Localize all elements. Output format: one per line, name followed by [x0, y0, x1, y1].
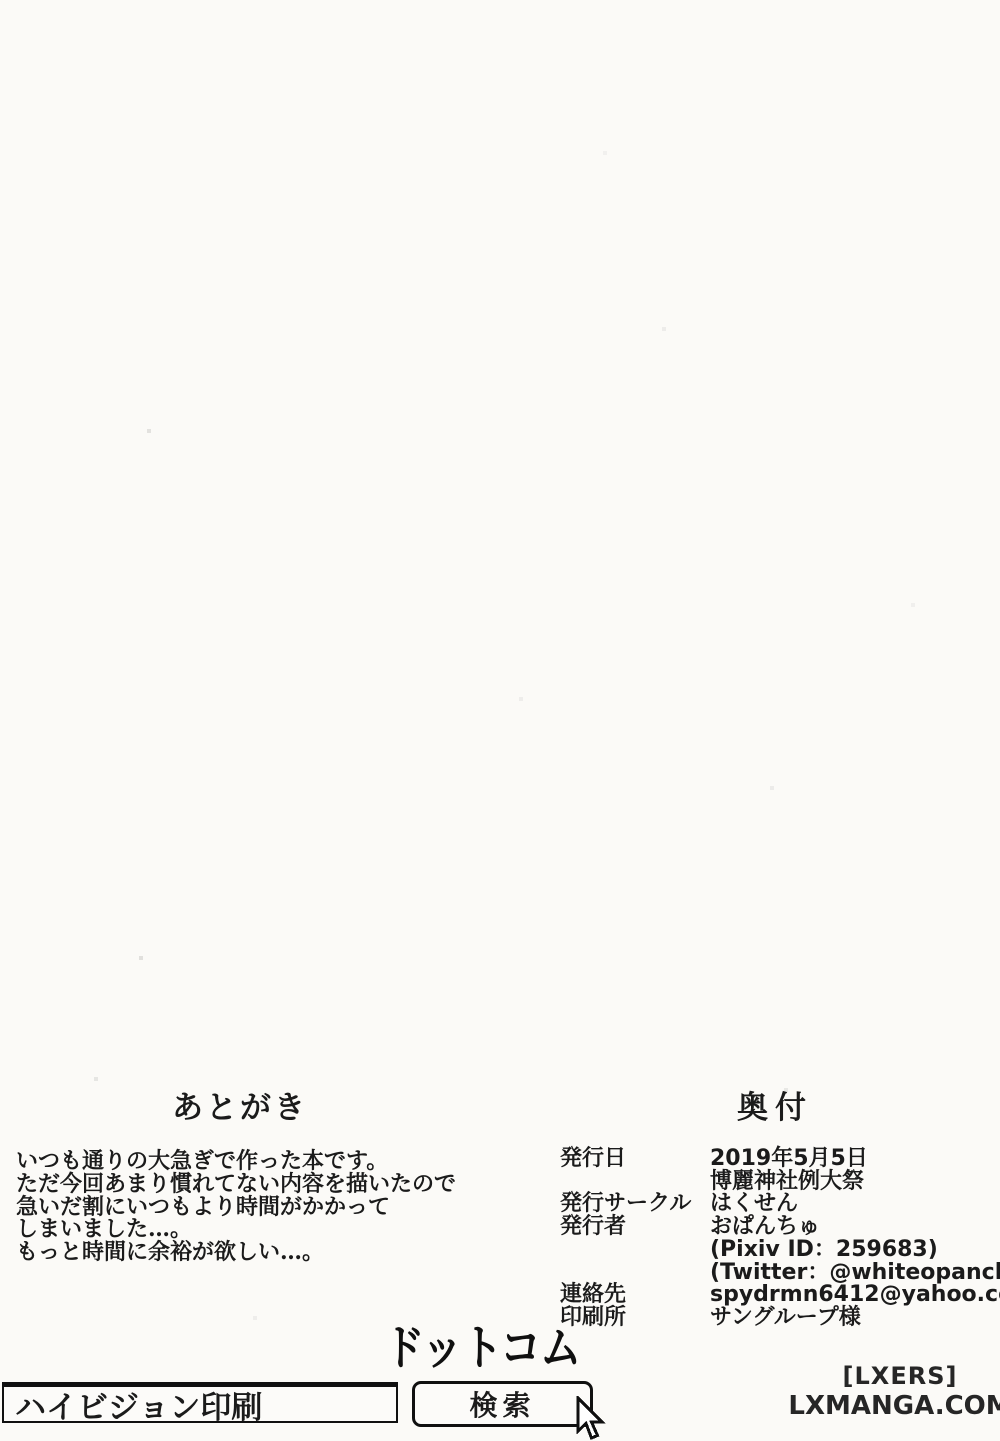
- colophon-row: 連絡先 spydrmn6412@yahoo.co.jp: [530, 1284, 1000, 1307]
- colophon-row-value: はくせん: [710, 1193, 1000, 1216]
- colophon-row: 発行日 2019年5月5日: [530, 1148, 1000, 1171]
- colophon-row: 発行サークル はくせん: [530, 1193, 1000, 1216]
- colophon-heading: 奥付: [550, 1082, 1000, 1127]
- colophon-row: (Pixiv ID：259683): [530, 1239, 1000, 1262]
- colophon-row-value: サングループ様: [710, 1307, 1000, 1330]
- dotcom-logo: ドットコム: [383, 1309, 580, 1378]
- colophon-table: 発行日 2019年5月5日 博麗神社例大祭 発行サークル はくせん 発行者 おぱ…: [530, 1148, 1000, 1330]
- afterword-heading: あとがき: [16, 1082, 464, 1127]
- afterword-line: いつも通りの大急ぎで作った本です。: [16, 1150, 464, 1173]
- paper-noise: [0, 0, 2, 2]
- colophon-row-label: 連絡先: [560, 1284, 710, 1307]
- colophon-row: 発行者 おぱんちゅ: [530, 1216, 1000, 1239]
- watermark: [LXERS] LXMANGA.COM: [780, 1364, 1000, 1420]
- colophon-row-value: おぱんちゅ: [710, 1216, 1000, 1239]
- colophon-section: 奥付 発行日 2019年5月5日 博麗神社例大祭 発行サークル はくせん 発行者…: [530, 1082, 1000, 1330]
- colophon-row-label: [560, 1171, 710, 1194]
- afterword-line: しまいました…。: [16, 1218, 464, 1241]
- search-query-text: ハイビジョン印刷: [15, 1382, 262, 1427]
- search-button-label: 検索: [469, 1384, 535, 1424]
- afterword-line: ただ今回あまり慣れてない内容を描いたので: [16, 1173, 464, 1196]
- colophon-row-value: spydrmn6412@yahoo.co.jp: [710, 1284, 1000, 1307]
- afterword-line: もっと時間に余裕が欲しい…。: [16, 1241, 464, 1264]
- colophon-row: 印刷所 サングループ様: [530, 1307, 1000, 1330]
- colophon-row-label: 印刷所: [560, 1307, 710, 1330]
- search-input[interactable]: ハイビジョン印刷: [2, 1382, 398, 1423]
- afterword-line: 急いだ割にいつもより時間がかかって: [16, 1196, 464, 1219]
- colophon-row: 博麗神社例大祭: [530, 1171, 1000, 1194]
- colophon-row-value: 2019年5月5日: [710, 1148, 1000, 1171]
- colophon-row-label: [560, 1239, 710, 1262]
- watermark-lxmanga: LXMANGA.COM: [780, 1393, 1000, 1420]
- colophon-row-value: (Pixiv ID：259683): [710, 1239, 1000, 1262]
- search-button[interactable]: 検索: [412, 1381, 593, 1427]
- colophon-row-value: 博麗神社例大祭: [710, 1171, 1000, 1194]
- colophon-row-label: 発行サークル: [560, 1193, 710, 1216]
- colophon-row: (Twitter：@whiteopanchu): [530, 1262, 1000, 1285]
- colophon-row-label: 発行者: [560, 1216, 710, 1239]
- colophon-row-value: (Twitter：@whiteopanchu): [710, 1262, 1000, 1285]
- colophon-row-label: [560, 1262, 710, 1285]
- cursor-icon: [572, 1396, 618, 1441]
- colophon-row-label: 発行日: [560, 1148, 710, 1171]
- afterword-section: あとがき いつも通りの大急ぎで作った本です。 ただ今回あまり慣れてない内容を描い…: [16, 1082, 464, 1264]
- afterword-text: いつも通りの大急ぎで作った本です。 ただ今回あまり慣れてない内容を描いたので 急…: [16, 1150, 464, 1264]
- watermark-lxers: [LXERS]: [780, 1364, 1000, 1389]
